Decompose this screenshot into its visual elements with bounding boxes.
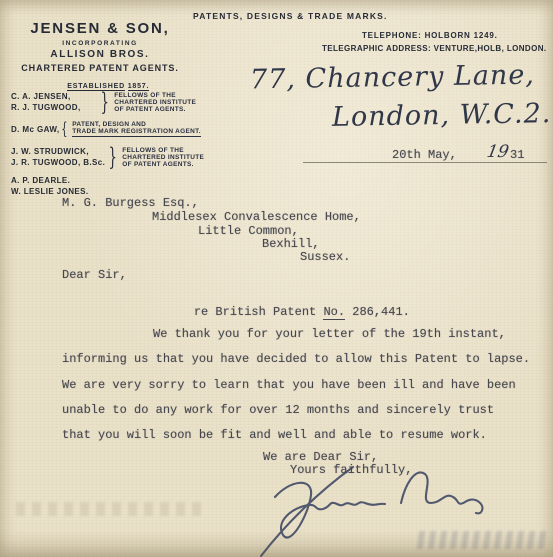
services-line: PATENTS, DESIGNS & TRADE MARKS. [193, 11, 388, 21]
partners-group-1: C. A. JENSEN, R. J. TUGWOOD, } FELLOWS O… [11, 88, 197, 116]
partner-name: D. Mc GAW, [11, 124, 59, 135]
partner-name: C. A. JENSEN, [11, 91, 97, 102]
date-day-month: 20th May, [392, 148, 457, 162]
office-address-line-1: 77, Chancery Lane, [250, 60, 535, 96]
recipient-line: Bexhill, [262, 237, 320, 251]
salutation: Dear Sir, [62, 268, 127, 282]
faint-embossed-marks [417, 531, 550, 549]
office-address-line-2: London, W.C.2. [332, 98, 552, 133]
body-line: unable to do any work for over 12 months… [62, 403, 494, 417]
body-line: We thank you for your letter of the 19th… [153, 327, 506, 341]
partner-note-line: OF PATENT AGENTS. [114, 106, 196, 113]
subject-prefix: re British Patent [194, 305, 324, 319]
date-year-written: 31 [510, 148, 524, 162]
partner-mcgaw: D. Mc GAW, { PATENT, DESIGN AND TRADE MA… [11, 119, 197, 139]
telegraphic-line: TELEGRAPHIC ADDRESS: VENTURE,HOLB, LONDO… [322, 44, 547, 53]
date-year-printed: 19 [485, 142, 510, 162]
partner-note-line: TRADE MARK REGISTRATION AGENT. [72, 128, 201, 135]
letter-document: PATENTS, DESIGNS & TRADE MARKS. TELEPHON… [0, 0, 553, 557]
incorporating-label: INCORPORATING [8, 40, 192, 47]
telephone-line: TELEPHONE: HOLBORN 1249. [362, 31, 498, 40]
partner-note-line: PATENT, DESIGN AND [72, 121, 201, 128]
partner-note-line: OF PATENT AGENTS. [122, 161, 204, 168]
partners-list: C. A. JENSEN, R. J. TUGWOOD, } FELLOWS O… [11, 88, 197, 197]
profession-line: CHARTERED PATENT AGENTS. [8, 63, 192, 73]
firm-header-block: JENSEN & SON, INCORPORATING ALLISON BROS… [8, 20, 192, 97]
partners-group-2: J. W. STRUDWICK, J. R. TUGWOOD, B.Sc. } … [11, 143, 197, 171]
partner-name: R. J. TUGWOOD, [11, 102, 97, 113]
incorporated-firm-name: ALLISON BROS. [8, 49, 192, 60]
faint-smudge-marks [16, 502, 201, 516]
brace-right: } [100, 88, 108, 116]
body-line: informing us that you have decided to al… [62, 352, 530, 366]
partner-note-line: FELLOWS OF THE [114, 92, 196, 99]
recipient-line: Middlesex Convalescence Home, [152, 210, 361, 224]
subject-underlined: No. [323, 305, 345, 320]
partner-name: A. P. DEARLE. [11, 175, 197, 186]
partner-note-line: CHARTERED INSTITUTE [114, 99, 196, 106]
subject-number: 286,441. [345, 305, 410, 319]
recipient-line: Little Common, [198, 224, 299, 238]
partner-note-line: CHARTERED INSTITUTE [122, 154, 204, 161]
partner-note-line: FELLOWS OF THE [122, 147, 204, 154]
partner-name: J. R. TUGWOOD, B.Sc. [11, 157, 105, 168]
brace-right: } [108, 143, 116, 171]
brace-left: { [62, 119, 68, 139]
recipient-line: Sussex. [300, 250, 350, 264]
body-line: We are very sorry to learn that you have… [62, 378, 516, 392]
body-line: that you will soon be fit and well and a… [62, 428, 487, 442]
partner-name: J. W. STRUDWICK, [11, 146, 105, 157]
firm-name: JENSEN & SON, [8, 20, 192, 37]
recipient-line: M. G. Burgess Esq., [62, 196, 199, 210]
